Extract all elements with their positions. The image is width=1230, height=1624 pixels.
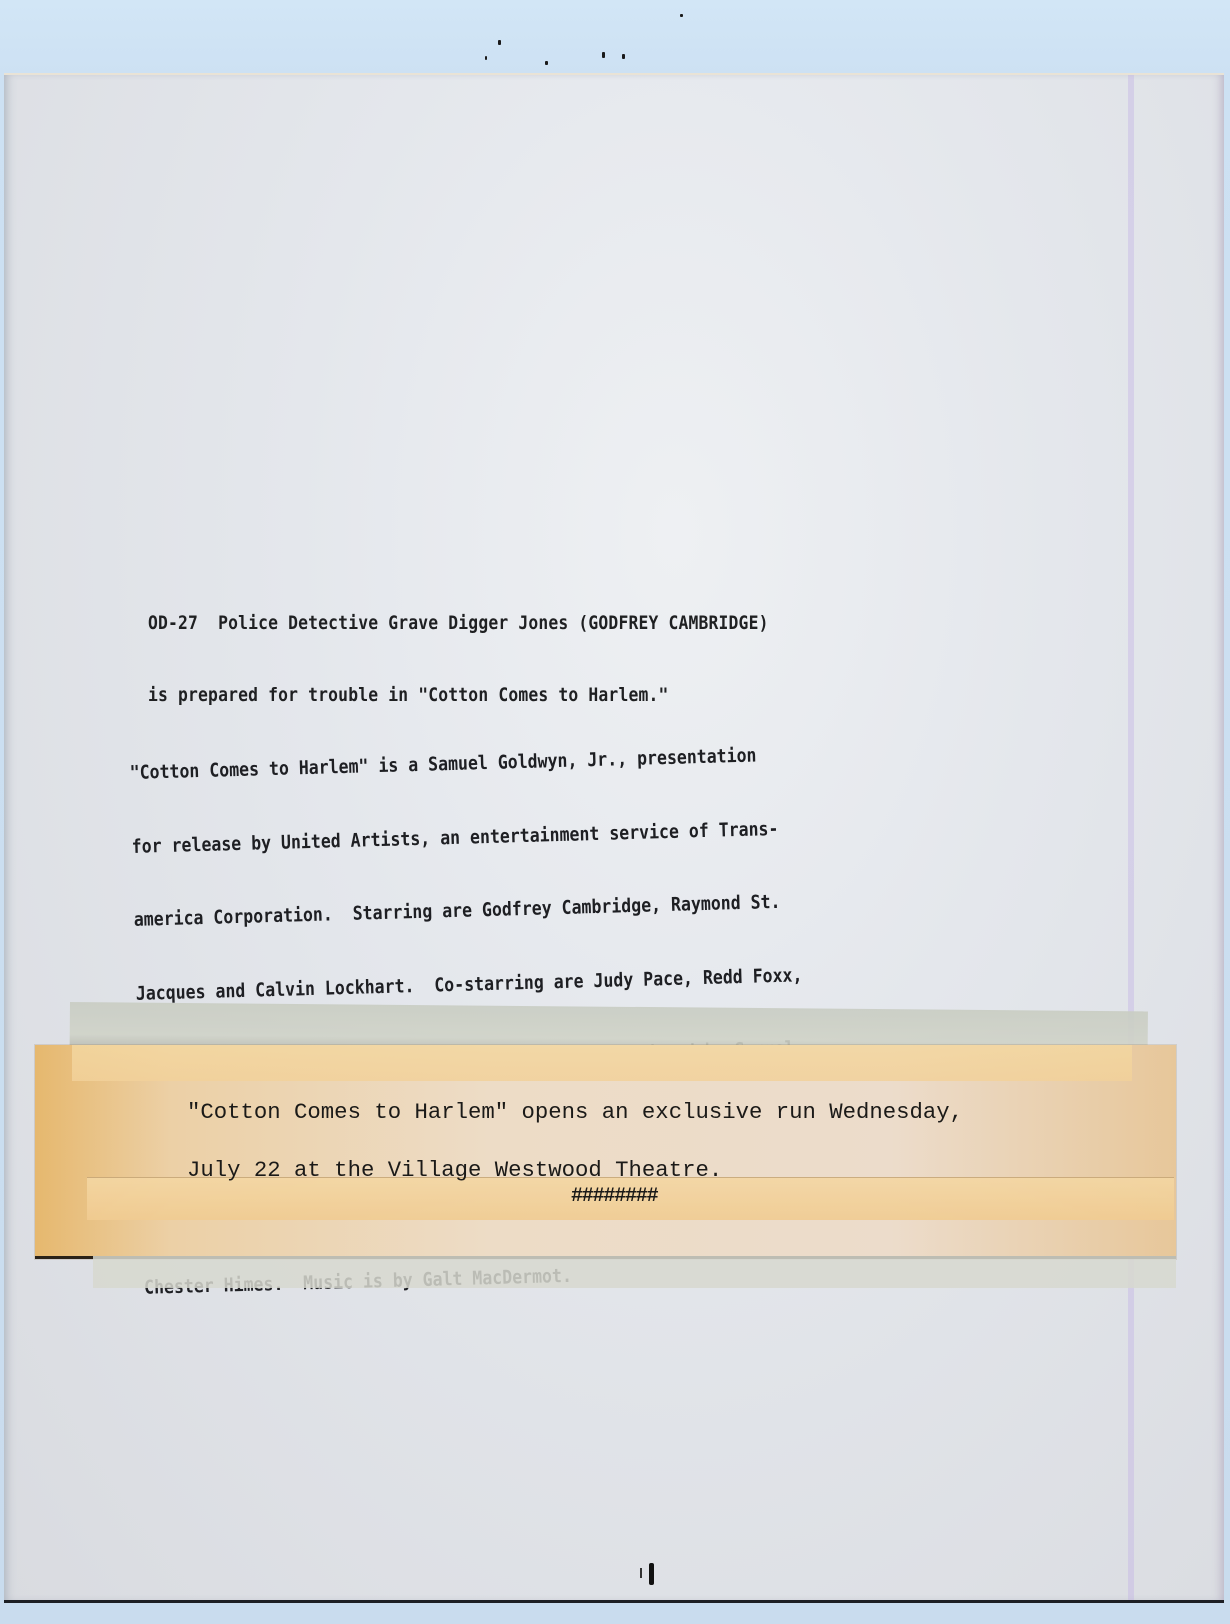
caption-line: OD-27 Police Detective Grave Digger Jone… — [148, 611, 769, 635]
body-line: for release by United Artists, an entert… — [131, 816, 798, 859]
dust-speck — [545, 61, 548, 65]
ink-mark — [640, 1568, 642, 1578]
adhesive-tape-bottom — [93, 1256, 1176, 1288]
taped-announcement-strip: "Cotton Comes to Harlem" opens an exclus… — [35, 1045, 1176, 1259]
announcement-line: "Cotton Comes to Harlem" opens an exclus… — [187, 1099, 963, 1125]
announcement-line: July 22 at the Village Westwood Theatre. — [187, 1157, 722, 1183]
body-line: Jacques and Calvin Lockhart. Co-starring… — [136, 963, 803, 1006]
dust-speck — [602, 52, 605, 58]
adhesive-tape — [72, 1045, 1132, 1081]
dust-speck — [485, 56, 487, 60]
dust-speck — [680, 14, 683, 17]
dust-speck — [498, 40, 501, 45]
ink-mark — [649, 1563, 654, 1585]
dust-speck — [622, 54, 625, 59]
body-line: america Corporation. Starring are Godfre… — [133, 889, 800, 932]
end-mark: ######## — [571, 1185, 657, 1208]
body-line: "Cotton Comes to Harlem" is a Samuel Gol… — [129, 742, 796, 785]
